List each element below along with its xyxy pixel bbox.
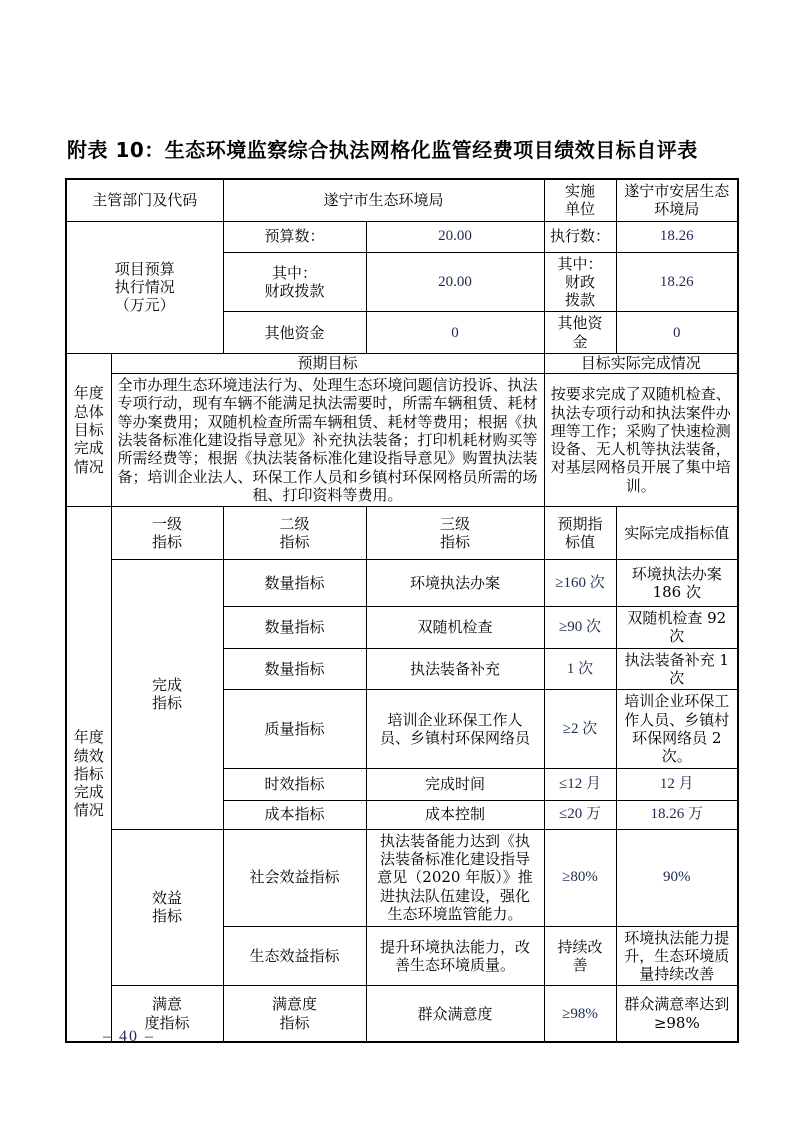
indicator-level2-cell: 数量指标 — [223, 648, 366, 690]
indicator-level3-cell: 成本控制 — [366, 800, 544, 829]
budget-value2-cell: 18.26 — [616, 252, 738, 312]
expected-goal-text-cell: 全市办理生态环境违法行为、处理生态环境问题信访投诉、执法专项行动，现有车辆不能满… — [111, 374, 544, 507]
table-row: 年度 绩效 指标 完成 情况 一级 指标 二级 指标 三级 指标 预期指 标值 … — [66, 507, 738, 560]
expected-goal-header-cell: 预期目标 — [111, 354, 544, 374]
indicator-actual-cell: 执法装备补充 1 次 — [616, 648, 738, 690]
indicator-expected-cell: 1 次 — [544, 648, 616, 690]
budget-value-cell: 0 — [366, 312, 544, 354]
table-row: 年度 总体 目标 完成 情况 预期目标 目标实际完成情况 — [66, 354, 738, 374]
indicator-actual-cell: 12 月 — [616, 768, 738, 800]
indicator-expected-cell: ≥90 次 — [544, 607, 616, 649]
table-row: 效益 指标 社会效益指标 执法装备能力达到《执 法装备标准化建设指导 意见（20… — [66, 829, 738, 926]
document-page: 附表 10：生态环境监察综合执法网格化监管经费项目绩效目标自评表 主管部门及代码… — [0, 0, 793, 1122]
indicator-level2-cell: 质量指标 — [223, 690, 366, 768]
indicator-expected-cell: ≥80% — [544, 829, 616, 926]
budget-value-cell: 20.00 — [366, 221, 544, 252]
budget-value-cell: 20.00 — [366, 252, 544, 312]
indicator-actual-cell: 环境执法能力提 升，生态环境质 量持续改善 — [616, 926, 738, 986]
indicator-level3-cell: 群众满意度 — [366, 986, 544, 1042]
table-row: 满意 度指标 满意度 指标 群众满意度 ≥98% 群众满意率达到 ≥98% — [66, 986, 738, 1042]
indicator-level1-cell: 效益 指标 — [111, 829, 223, 986]
indicator-level2-cell: 时效指标 — [223, 768, 366, 800]
dept-value-cell: 遂宁市生态环境局 — [223, 179, 544, 221]
table-row: 主管部门及代码 遂宁市生态环境局 实施 单位 遂宁市安居生态 环境局 — [66, 179, 738, 221]
indicator-level2-cell: 社会效益指标 — [223, 829, 366, 926]
col-header-expected-cell: 预期指 标值 — [544, 507, 616, 560]
budget-section-label-cell: 项目预算 执行情况 （万元） — [66, 221, 223, 353]
table-row: 完成 指标 数量指标 环境执法办案 ≥160 次 环境执法办案 186 次 — [66, 560, 738, 607]
col-header-level1-cell: 一级 指标 — [111, 507, 223, 560]
indicator-expected-cell: 持续改 善 — [544, 926, 616, 986]
page-number: – 40 – — [103, 1028, 155, 1046]
dept-label-cell: 主管部门及代码 — [66, 179, 223, 221]
indicator-level3-cell: 双随机检查 — [366, 607, 544, 649]
indicator-level3-cell: 环境执法办案 — [366, 560, 544, 607]
indicator-level3-cell: 执法装备能力达到《执 法装备标准化建设指导 意见（2020 年版）》推 进执法队… — [366, 829, 544, 926]
budget-label2-cell: 其中： 财政 拨款 — [544, 252, 616, 312]
budget-label-cell: 其中： 财政拨款 — [223, 252, 366, 312]
col-header-actual-cell: 实际完成指标值 — [616, 507, 738, 560]
indicator-expected-cell: ≥2 次 — [544, 690, 616, 768]
indicator-actual-cell: 环境执法办案 186 次 — [616, 560, 738, 607]
indicator-expected-cell: ≥98% — [544, 986, 616, 1042]
indicator-actual-cell: 群众满意率达到 ≥98% — [616, 986, 738, 1042]
indicator-level3-cell: 培训企业环保工作人 员、乡镇村环保网络员 — [366, 690, 544, 768]
budget-label2-cell: 其他资 金 — [544, 312, 616, 354]
annual-goal-section-label-cell: 年度 总体 目标 完成 情况 — [66, 354, 111, 507]
indicator-level3-cell: 提升环境执法能力，改 善生态环境质量。 — [366, 926, 544, 986]
indicator-actual-cell: 90% — [616, 829, 738, 926]
indicator-level1-cell: 完成 指标 — [111, 560, 223, 829]
indicator-actual-cell: 18.26 万 — [616, 800, 738, 829]
table-row: 全市办理生态环境违法行为、处理生态环境问题信访投诉、执法专项行动，现有车辆不能满… — [66, 374, 738, 507]
page-title: 附表 10：生态环境监察综合执法网格化监管经费项目绩效目标自评表 — [67, 134, 737, 163]
impl-unit-value-cell: 遂宁市安居生态 环境局 — [616, 179, 738, 221]
indicator-level2-cell: 生态效益指标 — [223, 926, 366, 986]
budget-label-cell: 其他资金 — [223, 312, 366, 354]
performance-self-evaluation-table: 主管部门及代码 遂宁市生态环境局 实施 单位 遂宁市安居生态 环境局 项目预算 … — [65, 178, 739, 1043]
indicators-section-label-cell: 年度 绩效 指标 完成 情况 — [66, 507, 111, 1042]
indicator-expected-cell: ≤20 万 — [544, 800, 616, 829]
indicator-level2-cell: 数量指标 — [223, 607, 366, 649]
indicator-level3-cell: 完成时间 — [366, 768, 544, 800]
budget-label-cell: 预算数： — [223, 221, 366, 252]
budget-label2-cell: 执行数： — [544, 221, 616, 252]
indicator-expected-cell: ≥160 次 — [544, 560, 616, 607]
indicator-actual-cell: 培训企业环保工 作人员、乡镇村 环保网络员 2 次。 — [616, 690, 738, 768]
indicator-level2-cell: 满意度 指标 — [223, 986, 366, 1042]
budget-value2-cell: 0 — [616, 312, 738, 354]
actual-goal-text-cell: 按要求完成了双随机检查、执法专项行动和执法案件办理等工作；采购了快速检测设备、无… — [544, 374, 738, 507]
table-row: 项目预算 执行情况 （万元） 预算数： 20.00 执行数： 18.26 — [66, 221, 738, 252]
indicator-expected-cell: ≤12 月 — [544, 768, 616, 800]
impl-unit-label-cell: 实施 单位 — [544, 179, 616, 221]
indicator-actual-cell: 双随机检查 92 次 — [616, 607, 738, 649]
actual-goal-header-cell: 目标实际完成情况 — [544, 354, 738, 374]
indicator-level3-cell: 执法装备补充 — [366, 648, 544, 690]
col-header-level3-cell: 三级 指标 — [366, 507, 544, 560]
indicator-level2-cell: 成本指标 — [223, 800, 366, 829]
indicator-level2-cell: 数量指标 — [223, 560, 366, 607]
col-header-level2-cell: 二级 指标 — [223, 507, 366, 560]
budget-value2-cell: 18.26 — [616, 221, 738, 252]
